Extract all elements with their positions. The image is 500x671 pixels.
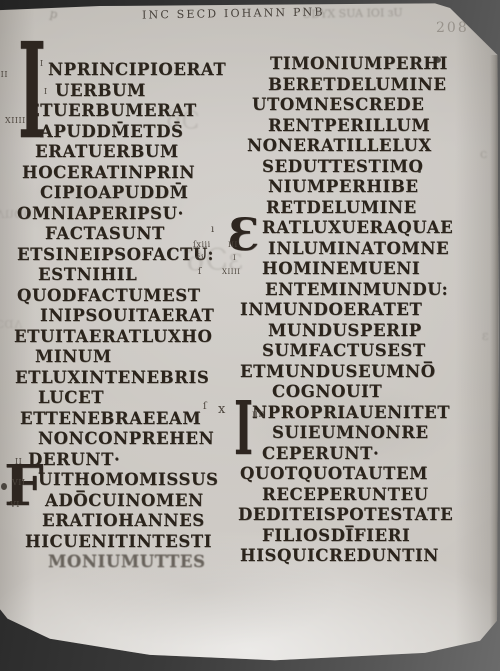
- text-line-content: BERETDELUMINE: [268, 75, 447, 94]
- text-line: BERETDELUMINE: [238, 75, 496, 96]
- text-line-content: COGNOUIT: [272, 382, 382, 401]
- text-line: UERBUM: [14, 81, 242, 102]
- text-line-content: ETSINEIPSOFACTU:: [17, 245, 214, 264]
- text-line: RENTPERILLUM: [238, 116, 496, 137]
- text-line-content: ADO̅CUINOMEN: [45, 491, 204, 510]
- text-line-content: NIUMPERHIBE: [268, 177, 419, 196]
- text-line-content: NPROPRIAUENITET: [252, 403, 450, 422]
- text-line-content: TIMONIUMPERHI: [270, 54, 448, 73]
- margin-numeral: III: [0, 71, 8, 79]
- text-line: ESTNIHIL: [14, 265, 242, 286]
- text-line: INLUMINATOMNE: [238, 239, 496, 260]
- text-line-content: RECEPERUNTEU: [262, 485, 429, 504]
- ink-speck: [418, 170, 421, 173]
- text-line-content: UITHOMOMISSUS: [38, 470, 219, 489]
- text-line-content: RENTPERILLUM: [268, 116, 430, 135]
- text-line: ETLUXINTENEBRIS: [14, 368, 242, 389]
- margin-numeral: x: [218, 403, 226, 416]
- text-line: DEDITEISPOTESTATE: [238, 505, 496, 526]
- text-line-content: INLUMINATOMNE: [268, 239, 449, 258]
- text-line: RATLUXUERAQUAE: [238, 218, 496, 239]
- text-line-content: QUODFACTUMEST: [17, 286, 201, 305]
- text-line: HOMINEMUENI: [238, 259, 496, 280]
- text-line: APUDDM̄ETDS̄: [14, 122, 242, 143]
- page-number: 208: [436, 20, 469, 36]
- text-line: ERATUERBUM: [14, 142, 242, 163]
- text-column-left: NPRINCIPIOERATUERBUMETUERBUMERATAPUDDM̄E…: [14, 60, 242, 573]
- text-line-content: ERATIOHANNES: [42, 511, 205, 530]
- text-line-content: MINUM: [35, 347, 112, 366]
- text-line: NIUMPERHIBE: [238, 177, 496, 198]
- text-line: ETUITAERATLUXHO: [14, 327, 242, 348]
- text-line-content: HOMINEMUENI: [262, 259, 420, 278]
- text-line-content: ERATUERBUM: [35, 142, 179, 161]
- text-line-content: ETUERBUMERAT: [27, 101, 197, 120]
- text-line: MINUM: [14, 347, 242, 368]
- running-title-text: INC SECD IOHANN PNB: [142, 5, 325, 21]
- text-line-content: QUOTQUOTAUTEM: [240, 464, 428, 483]
- text-line: MUNDUSPERIP: [238, 321, 496, 342]
- text-line-content: DEDITEISPOTESTATE: [238, 505, 453, 524]
- text-line-content: NONERATILLELUX: [247, 136, 432, 155]
- text-line-content: UTOMNESCREDE: [252, 95, 424, 114]
- illuminated-initial-i-in-propria: I: [234, 392, 253, 466]
- text-line: CEPERUNT·: [238, 444, 496, 465]
- text-line: QUOTQUOTAUTEM: [238, 464, 496, 485]
- manuscript-photo: INC SECD IOHANN PNB 208 NPRINCIPIOERATUE…: [0, 0, 500, 671]
- text-line: SUMFACTUSEST: [238, 341, 496, 362]
- text-line-content: ETTENEBRAEEAM: [20, 409, 201, 428]
- text-line-content: INMUNDOERATET: [240, 300, 422, 319]
- text-line-content: LUCET: [38, 388, 104, 407]
- text-line: ENTEMINMUNDU:: [238, 280, 496, 301]
- margin-numeral: XIIII: [5, 117, 26, 125]
- illuminated-initial-e-erat: Ɛ: [228, 214, 260, 258]
- ink-speck: [434, 57, 441, 63]
- margin-numeral: ı: [211, 225, 215, 235]
- text-line-content: HISQUICREDUNTIN: [240, 546, 439, 565]
- text-line: OMNIAPERIPSU·: [14, 204, 242, 225]
- margin-numeral: I: [233, 255, 236, 262]
- text-line: SUIEUMNONRE: [238, 423, 496, 444]
- text-line-content: MUNDUSPERIP: [268, 321, 422, 340]
- margin-numeral: VII: [12, 479, 26, 487]
- text-line: HISQUICREDUNTIN: [238, 546, 496, 567]
- text-line: QUODFACTUMEST: [14, 286, 242, 307]
- text-line-content: HICUENITINTESTI: [25, 532, 212, 551]
- text-line: UITHOMOMISSUS: [14, 470, 242, 491]
- text-line: ETMUNDUSEUMNO̅: [238, 362, 496, 383]
- text-line: RETDELUMINE: [238, 198, 496, 219]
- text-line-content: RATLUXUERAQUAE: [262, 218, 453, 237]
- text-line: DERUNT·: [14, 450, 242, 471]
- text-line-content: SUMFACTUSEST: [262, 341, 426, 360]
- text-line: LUCET: [14, 388, 242, 409]
- running-title: INC SECD IOHANN PNB: [142, 5, 325, 21]
- page-edge-shadow: [490, 55, 498, 636]
- text-line: RECEPERUNTEU: [238, 485, 496, 506]
- text-line: MONIUMUTTES: [14, 552, 242, 573]
- margin-numeral: ſ: [198, 268, 202, 277]
- text-line: NPROPRIAUENITET: [238, 403, 496, 424]
- text-line: ETUERBUMERAT: [14, 101, 242, 122]
- text-line-content: ETUITAERATLUXHO: [14, 327, 212, 346]
- ink-speck: [1, 483, 7, 490]
- text-line: HICUENITINTESTI: [14, 532, 242, 553]
- text-line: ERATIOHANNES: [14, 511, 242, 532]
- text-line: SEDUTTESTIMO: [238, 157, 496, 178]
- text-line-content: FILIOSDI̅FIERI: [262, 526, 410, 545]
- margin-numeral: III: [228, 242, 238, 249]
- margin-numeral: ſxiii: [193, 241, 211, 249]
- parchment-page: INC SECD IOHANN PNB 208 NPRINCIPIOERATUE…: [0, 0, 500, 671]
- margin-numeral: I: [44, 88, 48, 96]
- text-line: ETTENEBRAEEAM: [14, 409, 242, 430]
- illuminated-initial-i-in-principio: I: [18, 26, 46, 158]
- text-line-content: NPRINCIPIOERAT: [48, 60, 226, 79]
- margin-numeral: I: [40, 60, 44, 68]
- margin-numeral: IIII: [252, 412, 265, 419]
- text-line-content: HOCERATINPRIN: [22, 163, 195, 182]
- margin-numeral: ſ: [203, 402, 207, 412]
- text-line-content: ETMUNDUSEUMNO̅: [240, 362, 436, 381]
- text-line: CIPIOAPUDDM̄: [14, 183, 242, 204]
- text-line-content: INIPSOUITAERAT: [40, 306, 214, 325]
- text-line-content: SUIEUMNONRE: [272, 423, 429, 442]
- text-line: ADO̅CUINOMEN: [14, 491, 242, 512]
- text-line-content: ETLUXINTENEBRIS: [15, 368, 209, 387]
- bleedthrough-text: p: [49, 7, 59, 20]
- text-line-content: MONIUMUTTES: [48, 552, 206, 571]
- text-line: INMUNDOERATET: [238, 300, 496, 321]
- text-line-content: OMNIAPERIPSU·: [17, 204, 184, 223]
- text-line: HOCERATINPRIN: [14, 163, 242, 184]
- text-line-content: CEPERUNT·: [262, 444, 379, 463]
- text-line-content: ENTEMINMUNDU:: [265, 280, 448, 299]
- margin-numeral: XIIII: [222, 269, 241, 276]
- text-line-content: UERBUM: [55, 81, 146, 100]
- text-line: COGNOUIT: [238, 382, 496, 403]
- margin-numeral: VI: [10, 501, 20, 509]
- text-line: INIPSOUITAERAT: [14, 306, 242, 327]
- margin-numeral: c̄i: [196, 254, 204, 262]
- text-line: NONCONPREHEN: [14, 429, 242, 450]
- text-line-content: FACTASUNT: [45, 224, 165, 243]
- text-line: UTOMNESCREDE: [238, 95, 496, 116]
- text-line-content: CIPIOAPUDDM̄: [40, 183, 188, 202]
- text-line-content: APUDDM̄ETDS̄: [40, 122, 184, 141]
- text-line: NPRINCIPIOERAT: [14, 60, 242, 81]
- text-line-content: NONCONPREHEN: [38, 429, 214, 448]
- text-line: FILIOSDI̅FIERI: [238, 526, 496, 547]
- text-line: NONERATILLELUX: [238, 136, 496, 157]
- text-column-right: TIMONIUMPERHIBERETDELUMINEUTOMNESCREDERE…: [238, 54, 496, 567]
- text-line: TIMONIUMPERHI: [238, 54, 496, 75]
- text-line-content: ESTNIHIL: [38, 265, 137, 284]
- margin-numeral: II: [15, 458, 22, 466]
- text-line-content: SEDUTTESTIMO: [262, 157, 424, 176]
- text-line-content: RETDELUMINE: [266, 198, 417, 217]
